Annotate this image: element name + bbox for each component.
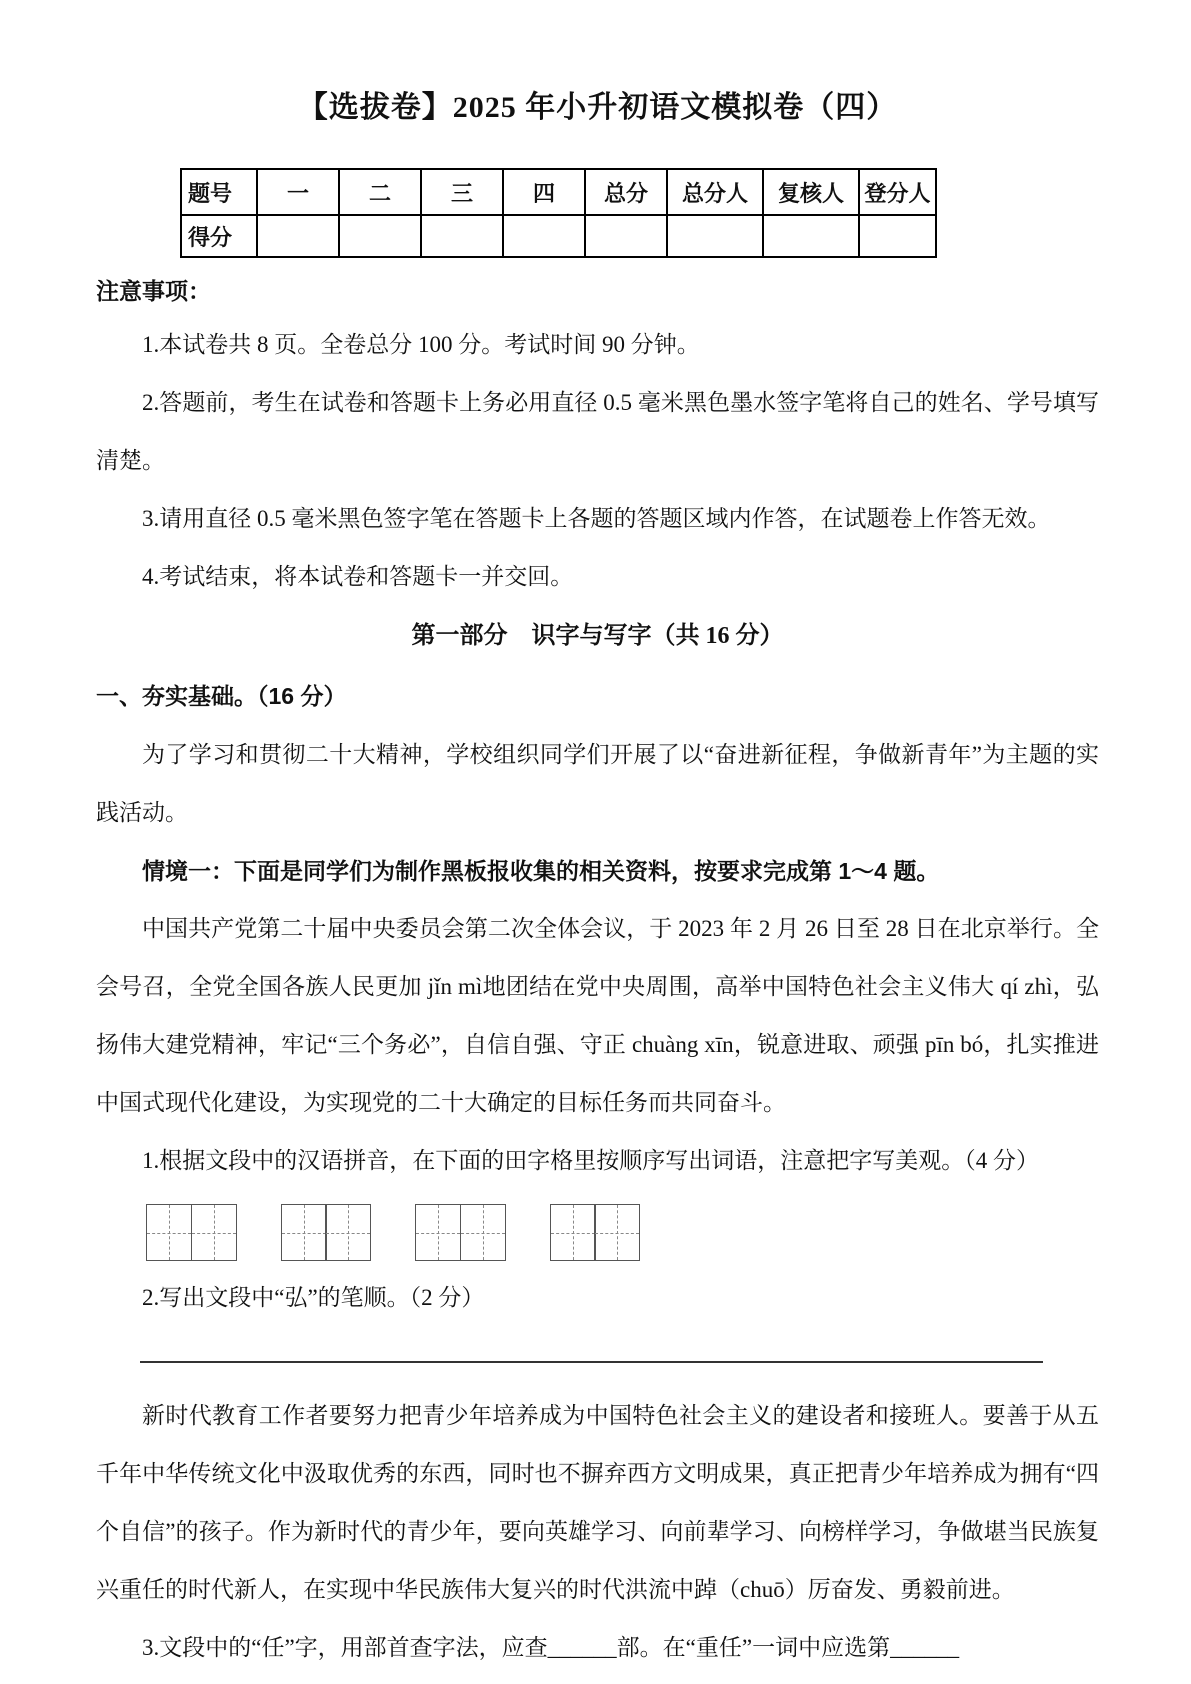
score-cell-empty	[859, 215, 936, 257]
score-cell-empty	[763, 215, 859, 257]
notes-heading: 注意事项：	[96, 266, 1099, 316]
question-3: 3.文段中的“任”字，用部首查字法，应查______部。在“重任”一词中应选第_…	[96, 1619, 1099, 1677]
score-table-header-cell: 二	[339, 169, 421, 215]
answer-blank-line	[140, 1361, 1043, 1363]
score-table-header-cell: 总分	[585, 169, 667, 215]
scenario1-heading: 情境一：下面是同学们为制作黑板报收集的相关资料，按要求完成第 1～4 题。	[96, 842, 1099, 900]
tianzige-cell	[325, 1204, 371, 1261]
tianzige-group-1	[146, 1204, 237, 1261]
score-row-label: 得分	[181, 215, 257, 257]
tianzige-cell	[415, 1204, 461, 1261]
tianzige-cell	[191, 1204, 237, 1261]
score-table-header-row: 题号 一 二 三 四 总分 总分人 复核人 登分人	[181, 169, 936, 215]
question-1: 1.根据文段中的汉语拼音，在下面的田字格里按顺序写出词语，注意把字写美观。（4 …	[96, 1132, 1099, 1190]
score-table-header-cell: 一	[257, 169, 339, 215]
note-item-2: 2.答题前，考生在试卷和答题卡上务必用直径 0.5 毫米黑色墨水签字笔将自己的姓…	[96, 374, 1099, 490]
score-table: 题号 一 二 三 四 总分 总分人 复核人 登分人 得分	[180, 168, 937, 258]
section1-heading: 一、夯实基础。（16 分）	[96, 666, 1099, 726]
score-cell-empty	[585, 215, 667, 257]
score-cell-empty	[339, 215, 421, 257]
score-table-header-cell: 题号	[181, 169, 257, 215]
tianzige-group-2	[281, 1204, 372, 1261]
tianzige-row	[146, 1204, 1099, 1261]
score-table-header-cell: 复核人	[763, 169, 859, 215]
score-cell-empty	[421, 215, 503, 257]
score-cell-empty	[257, 215, 339, 257]
passage-1: 中国共产党第二十届中央委员会第二次全体会议，于 2023 年 2 月 26 日至…	[96, 900, 1099, 1132]
tianzige-group-4	[550, 1204, 641, 1261]
score-table-header-cell: 三	[421, 169, 503, 215]
tianzige-cell	[550, 1204, 596, 1261]
note-item-3: 3.请用直径 0.5 毫米黑色签字笔在答题卡上各题的答题区域内作答，在试题卷上作…	[96, 490, 1099, 548]
intro-paragraph: 为了学习和贯彻二十大精神，学校组织同学们开展了以“奋进新征程，争做新青年”为主题…	[96, 726, 1099, 842]
note-item-4: 4.考试结束，将本试卷和答题卡一并交回。	[96, 548, 1099, 606]
tianzige-cell	[146, 1204, 192, 1261]
score-table-score-row: 得分	[181, 215, 936, 257]
exam-page: 【选拔卷】2025 年小升初语文模拟卷（四） 题号 一 二 三 四 总分 总分人…	[0, 0, 1191, 1684]
note-item-1: 1.本试卷共 8 页。全卷总分 100 分。考试时间 90 分钟。	[96, 316, 1099, 374]
score-cell-empty	[503, 215, 585, 257]
tianzige-cell	[281, 1204, 327, 1261]
score-table-header-cell: 四	[503, 169, 585, 215]
score-table-header-cell: 登分人	[859, 169, 936, 215]
part1-heading: 第一部分 识字与写字（共 16 分）	[96, 606, 1099, 666]
tianzige-cell	[594, 1204, 640, 1261]
exam-title: 【选拔卷】2025 年小升初语文模拟卷（四）	[96, 82, 1099, 126]
tianzige-cell	[460, 1204, 506, 1261]
tianzige-group-3	[415, 1204, 506, 1261]
question-2: 2.写出文段中“弘”的笔顺。（2 分）	[96, 1269, 1099, 1327]
score-table-header-cell: 总分人	[667, 169, 763, 215]
score-cell-empty	[667, 215, 763, 257]
passage-2: 新时代教育工作者要努力把青少年培养成为中国特色社会主义的建设者和接班人。要善于从…	[96, 1387, 1099, 1619]
